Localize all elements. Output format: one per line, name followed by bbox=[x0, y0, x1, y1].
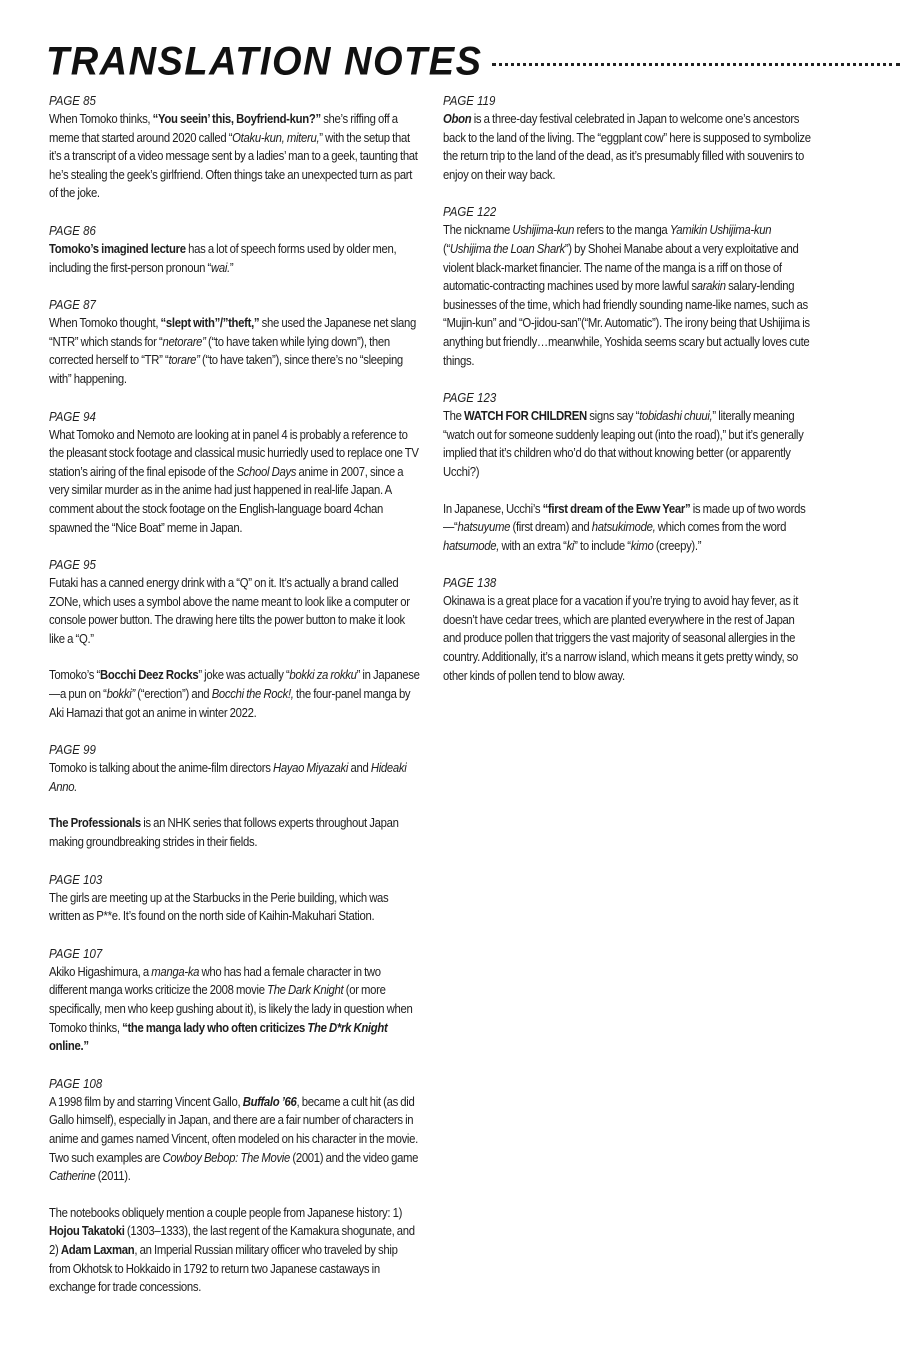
note-paragraph: The WATCH FOR CHILDREN signs say “tobida… bbox=[443, 407, 813, 481]
text-run: A 1998 film by and starring Vincent Gall… bbox=[49, 1095, 243, 1109]
text-run: Tomoko’s imagined lecture bbox=[49, 242, 186, 256]
translation-note: PAGE 94What Tomoko and Nemoto are lookin… bbox=[49, 408, 421, 538]
page-label: PAGE 94 bbox=[49, 408, 376, 426]
text-run: ” joke was actually “ bbox=[198, 668, 289, 682]
note-paragraph: When Tomoko thinks, “You seein’ this, Bo… bbox=[49, 110, 421, 203]
page-label: PAGE 107 bbox=[49, 945, 376, 963]
text-run: torare” bbox=[168, 353, 199, 367]
translation-note: PAGE 107Akiko Higashimura, a manga-ka wh… bbox=[49, 945, 421, 1056]
dotted-rule bbox=[492, 63, 900, 66]
translation-note: PAGE 123The WATCH FOR CHILDREN signs say… bbox=[443, 389, 813, 555]
page-label: PAGE 99 bbox=[49, 741, 376, 759]
text-run: refers to the manga bbox=[574, 223, 670, 237]
text-run: bokki” bbox=[107, 687, 135, 701]
text-run: hatsuyume bbox=[457, 520, 510, 534]
page-label: PAGE 119 bbox=[443, 92, 769, 110]
text-run: Buffalo ’66 bbox=[243, 1095, 297, 1109]
text-run: Catherine bbox=[49, 1169, 95, 1183]
text-run: Obon bbox=[443, 112, 471, 126]
text-run: Ushijima the Loan Shark bbox=[450, 242, 565, 256]
text-run: with an extra “ bbox=[499, 539, 567, 553]
text-run: The D*rk Knight bbox=[307, 1021, 387, 1035]
text-run: Tomoko is talking about the anime-film d… bbox=[49, 761, 273, 775]
text-run: Hayao Miyazaki bbox=[273, 761, 348, 775]
text-run: School Days bbox=[236, 465, 296, 479]
text-run: Adam Laxman bbox=[61, 1243, 135, 1257]
text-run: “slept with”/”theft,” bbox=[161, 316, 260, 330]
note-paragraph: A 1998 film by and starring Vincent Gall… bbox=[49, 1093, 421, 1186]
text-run: (2001) and the video game bbox=[290, 1151, 418, 1165]
text-run: Otaku-kun, miteru, bbox=[232, 131, 319, 145]
text-run: When Tomoko thought, bbox=[49, 316, 161, 330]
text-run: (creepy).” bbox=[653, 539, 701, 553]
text-run: Tomoko’s “ bbox=[49, 668, 100, 682]
translation-note: PAGE 85When Tomoko thinks, “You seein’ t… bbox=[49, 92, 421, 203]
translation-note: PAGE 119Obon is a three-day festival cel… bbox=[443, 92, 813, 184]
text-run: manga-ka bbox=[151, 965, 199, 979]
text-run: The Dark Knight bbox=[267, 983, 343, 997]
page-label: PAGE 138 bbox=[443, 574, 769, 592]
text-run: The bbox=[443, 409, 464, 423]
text-run: The nickname bbox=[443, 223, 512, 237]
text-run: “first dream of the Eww Year” bbox=[543, 502, 691, 516]
text-run: Cowboy Bebop: The Movie bbox=[162, 1151, 289, 1165]
translation-note: PAGE 138Okinawa is a great place for a v… bbox=[443, 574, 813, 685]
text-run: Ushijima-kun bbox=[512, 223, 574, 237]
note-paragraph: The Professionals is an NHK series that … bbox=[49, 814, 421, 851]
note-paragraph: Futaki has a canned energy drink with a … bbox=[49, 574, 421, 648]
text-run: hatsukimode, bbox=[592, 520, 656, 534]
text-run: ” bbox=[230, 261, 233, 275]
translation-note: PAGE 87When Tomoko thought, “slept with”… bbox=[49, 296, 421, 388]
text-run: “You seein’ this, Boyfriend-kun?” bbox=[153, 112, 321, 126]
note-paragraph: Obon is a three-day festival celebrated … bbox=[443, 110, 813, 184]
page-header: TRANSLATION NOTES bbox=[46, 38, 900, 82]
text-run: hatsumode, bbox=[443, 539, 499, 553]
text-run: which comes from the word bbox=[655, 520, 786, 534]
page-label: PAGE 108 bbox=[49, 1075, 376, 1093]
page-label: PAGE 86 bbox=[49, 222, 376, 240]
text-run: is a three-day festival celebrated in Ja… bbox=[443, 112, 811, 182]
note-paragraph: The girls are meeting up at the Starbuck… bbox=[49, 889, 421, 926]
text-run: Okinawa is a great place for a vacation … bbox=[443, 594, 798, 682]
translation-note: PAGE 86Tomoko’s imagined lecture has a l… bbox=[49, 222, 421, 277]
note-paragraph: The notebooks obliquely mention a couple… bbox=[49, 1204, 421, 1297]
text-run: kimo bbox=[631, 539, 654, 553]
page-label: PAGE 122 bbox=[443, 203, 769, 221]
page-label: PAGE 123 bbox=[443, 389, 769, 407]
page-title: TRANSLATION NOTES bbox=[46, 41, 482, 83]
text-run: The Professionals bbox=[49, 816, 141, 830]
note-paragraph: Okinawa is a great place for a vacation … bbox=[443, 592, 813, 685]
text-run: The notebooks obliquely mention a couple… bbox=[49, 1206, 402, 1220]
page-label: PAGE 85 bbox=[49, 92, 376, 110]
text-run: wai. bbox=[211, 261, 230, 275]
text-run: Bocchi the Rock!, bbox=[212, 687, 294, 701]
text-run: When Tomoko thinks, bbox=[49, 112, 153, 126]
left-column: PAGE 85When Tomoko thinks, “You seein’ t… bbox=[49, 92, 421, 1316]
page-label: PAGE 103 bbox=[49, 871, 376, 889]
text-run: ki bbox=[567, 539, 575, 553]
text-run: ” to include “ bbox=[574, 539, 631, 553]
text-run: The girls are meeting up at the Starbuck… bbox=[49, 891, 388, 924]
note-paragraph: What Tomoko and Nemoto are looking at in… bbox=[49, 426, 421, 538]
text-run: (first dream) and bbox=[510, 520, 592, 534]
translation-note: PAGE 95Futaki has a canned energy drink … bbox=[49, 556, 421, 722]
translation-note: PAGE 108A 1998 film by and starring Vinc… bbox=[49, 1075, 421, 1297]
note-paragraph: The nickname Ushijima-kun refers to the … bbox=[443, 221, 813, 370]
text-run: In Japanese, Ucchi’s bbox=[443, 502, 543, 516]
note-paragraph: When Tomoko thought, “slept with”/”theft… bbox=[49, 314, 421, 388]
text-run: Yamikin Ushijima-kun bbox=[670, 223, 771, 237]
text-run: (“ bbox=[443, 242, 450, 256]
text-run: (2011). bbox=[95, 1169, 130, 1183]
translation-note: PAGE 103The girls are meeting up at the … bbox=[49, 871, 421, 926]
text-run: netorare” bbox=[162, 335, 205, 349]
text-run: bokki za rokku bbox=[289, 668, 356, 682]
text-run: and bbox=[348, 761, 371, 775]
note-paragraph: Tomoko’s “Bocchi Deez Rocks” joke was ac… bbox=[49, 666, 421, 722]
text-run: signs say “ bbox=[587, 409, 639, 423]
text-run: arakin bbox=[697, 279, 726, 293]
text-run: (“erection”) and bbox=[135, 687, 212, 701]
text-run: Bocchi Deez Rocks bbox=[100, 668, 198, 682]
note-paragraph: In Japanese, Ucchi’s “first dream of the… bbox=[443, 500, 813, 556]
text-run: tobidashi chuui, bbox=[639, 409, 712, 423]
note-paragraph: Tomoko is talking about the anime-film d… bbox=[49, 759, 421, 796]
text-run: online.” bbox=[49, 1039, 89, 1053]
note-paragraph: Tomoko’s imagined lecture has a lot of s… bbox=[49, 240, 421, 277]
translation-note: PAGE 122The nickname Ushijima-kun refers… bbox=[443, 203, 813, 370]
text-run: Futaki has a canned energy drink with a … bbox=[49, 576, 410, 646]
note-paragraph: Akiko Higashimura, a manga-ka who has ha… bbox=[49, 963, 421, 1056]
text-run: Akiko Higashimura, a bbox=[49, 965, 151, 979]
text-run: Hojou Takatoki bbox=[49, 1224, 125, 1238]
translation-note: PAGE 99Tomoko is talking about the anime… bbox=[49, 741, 421, 851]
page-label: PAGE 95 bbox=[49, 556, 376, 574]
right-column: PAGE 119Obon is a three-day festival cel… bbox=[443, 92, 813, 704]
text-run: “the manga lady who often criticizes bbox=[122, 1021, 307, 1035]
page-label: PAGE 87 bbox=[49, 296, 376, 314]
text-run: WATCH FOR CHILDREN bbox=[464, 409, 587, 423]
